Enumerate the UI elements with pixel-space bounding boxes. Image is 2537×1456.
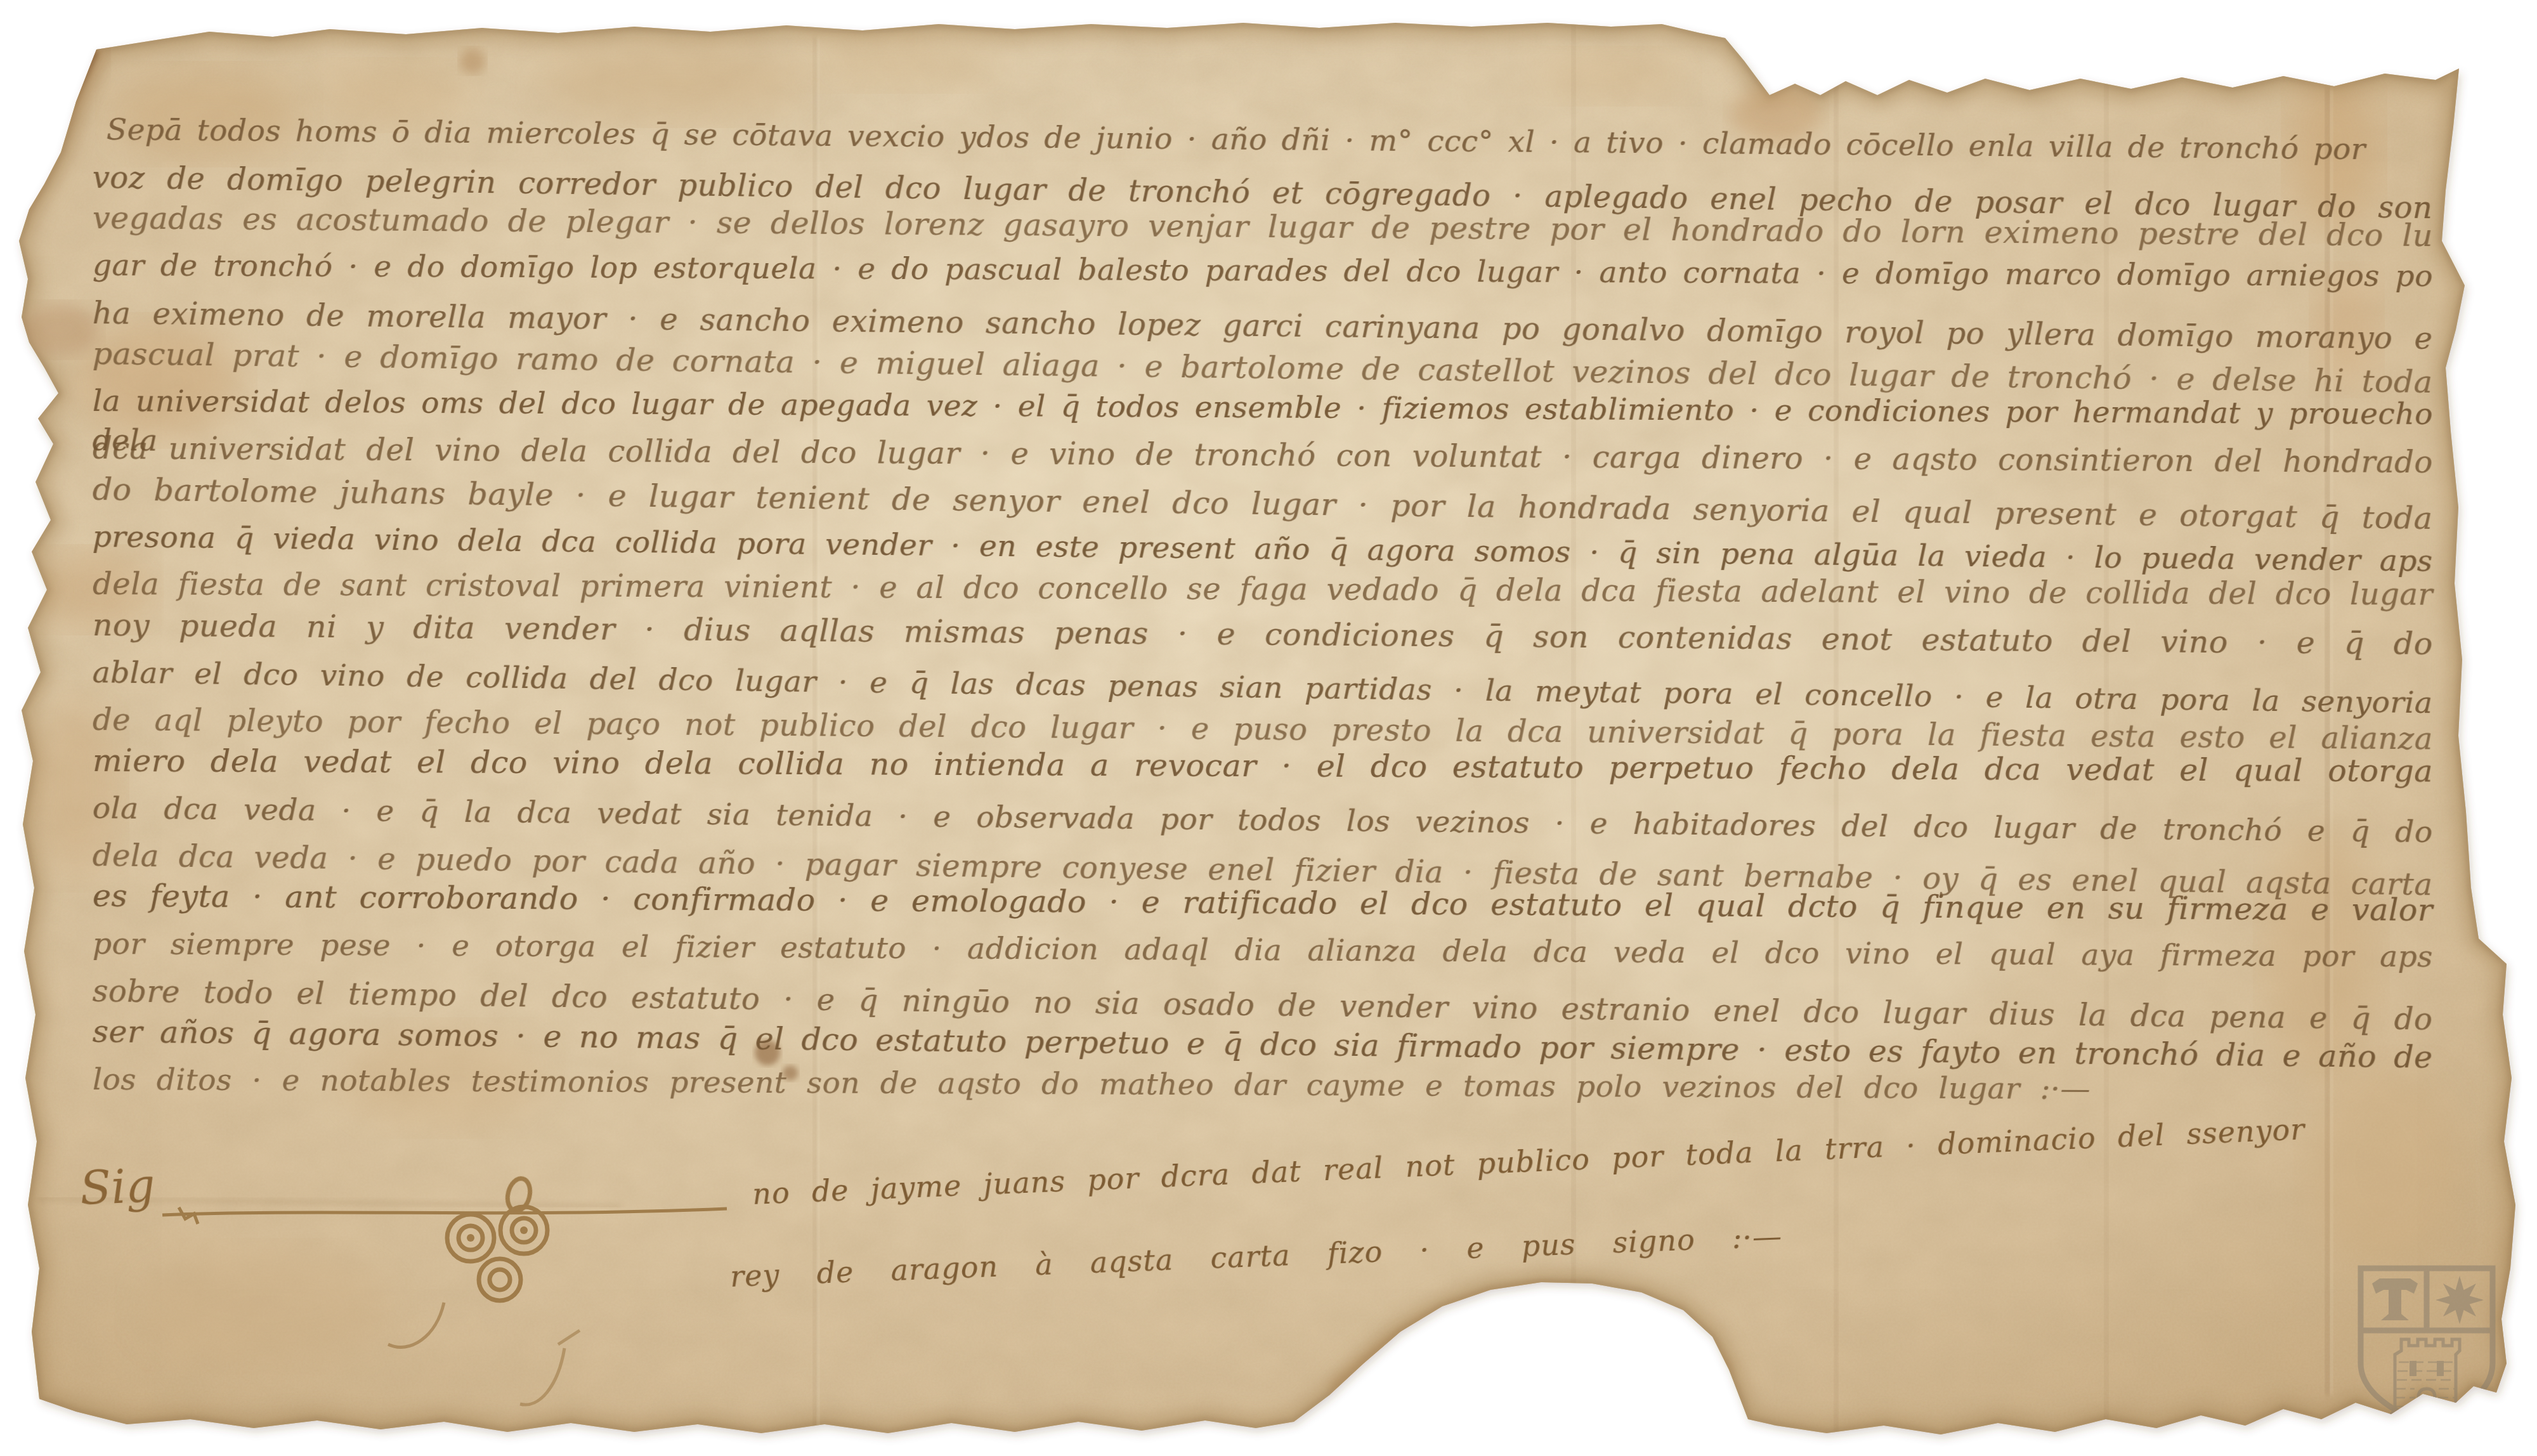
scan-background: Sepā todos homs ō dia miercoles q̄ se cō… (0, 0, 2537, 1456)
manuscript-line: por siempre pese · e otorga el fizier es… (93, 925, 2433, 979)
notary-sig-label: Sig (79, 1159, 157, 1216)
manuscript-text-block: Sepā todos homs ō dia miercoles q̄ se cō… (0, 0, 2537, 1456)
manuscript-line: los ditos · e notables testimonios prese… (93, 1060, 2090, 1112)
